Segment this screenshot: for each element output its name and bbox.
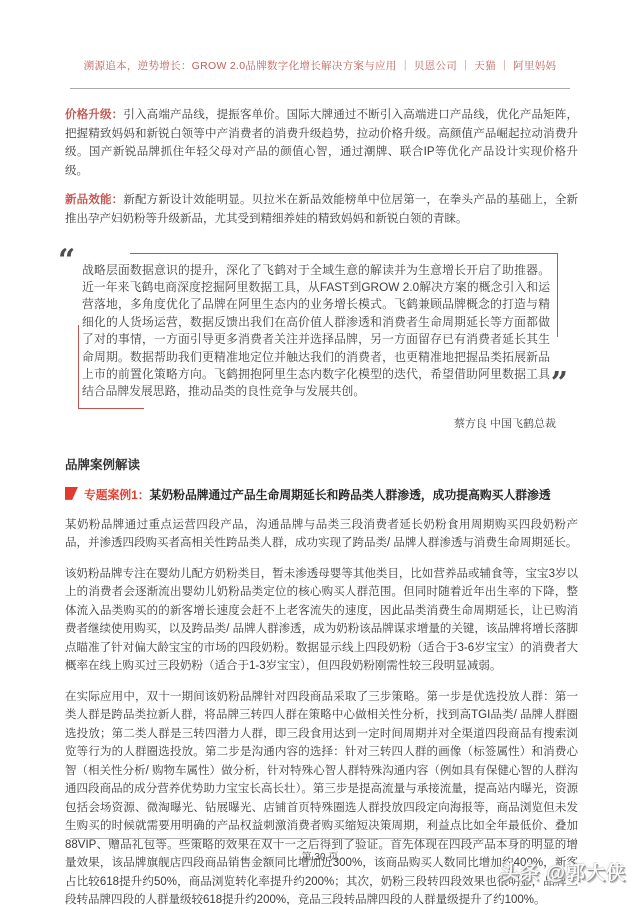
case-flag-icon bbox=[65, 487, 78, 500]
close-quote-icon: ” bbox=[551, 366, 566, 401]
intro-paragraph-price-upgrade: 价格升级：引入高端产品线，提振客单价。国际大牌通过不断引入高端进口产品线，优化产… bbox=[65, 106, 578, 180]
paragraph-label: 价格升级： bbox=[65, 109, 123, 121]
open-quote-icon: “ bbox=[58, 243, 73, 278]
case-paragraph: 某奶粉品牌通过重点运营四段产品，沟通品牌与品类三段消费者延长奶粉食用周期购买四段… bbox=[65, 516, 578, 553]
case-title-row: 专题案例1：某奶粉品牌通过产品生命周期延长和跨品类人群渗透，成功提高购买人群渗透 bbox=[65, 486, 578, 504]
case-paragraph: 该奶粉品牌专注在婴幼儿配方奶粉类目，暂未渗透母婴等其他类目，比如营养品或辅食等，… bbox=[65, 565, 578, 676]
intro-paragraph-new-product: 新品效能：新配方新设计效能明显。贝拉米在新品效能榜单中位居第一，在拳头产品的基础… bbox=[65, 191, 578, 228]
case-title-text: 专题案例1：某奶粉品牌通过产品生命周期延长和跨品类人群渗透，成功提高购买人群渗透 bbox=[84, 486, 551, 504]
paragraph-text: 引入高端产品线，提振客单价。国际大牌通过不断引入高端进口产品线，优化产品矩阵，把… bbox=[65, 109, 578, 177]
quote-bottom-left-bracket bbox=[78, 325, 144, 409]
quote-top-right-bracket bbox=[130, 253, 558, 337]
case-label: 专题案例1： bbox=[84, 488, 150, 502]
header-divider bbox=[70, 88, 570, 89]
paragraph-text: 新配方新设计效能明显。贝拉米在新品效能榜单中位居第一，在拳头产品的基础上，全新推… bbox=[65, 194, 578, 225]
page-title: 溯源追本，逆势增长：GROW 2.0品牌数字化增长解决方案与应用 ｜ 贝恩公司 … bbox=[0, 58, 640, 73]
paragraph-label: 新品效能： bbox=[65, 194, 123, 206]
footer-divider bbox=[70, 838, 570, 839]
watermark-text: 头条 @郭大侠 bbox=[500, 858, 626, 885]
document-page: 溯源追本，逆势增长：GROW 2.0品牌数字化增长解决方案与应用 ｜ 贝恩公司 … bbox=[0, 0, 640, 905]
section-heading: 品牌案例解读 bbox=[65, 455, 578, 473]
case-title: 某奶粉品牌通过产品生命周期延长和跨品类人群渗透，成功提高购买人群渗透 bbox=[150, 488, 551, 502]
pull-quote-block: “ 战略层面数据意识的提升，深化了飞鹤对于全域生意的解读并为生意增长开启了助推器… bbox=[58, 249, 558, 431]
quote-attribution: 蔡方良 中国飞鹤总裁 bbox=[58, 415, 558, 431]
page-content: 价格升级：引入高端产品线，提振客单价。国际大牌通过不断引入高端进口产品线，优化产… bbox=[65, 106, 578, 905]
